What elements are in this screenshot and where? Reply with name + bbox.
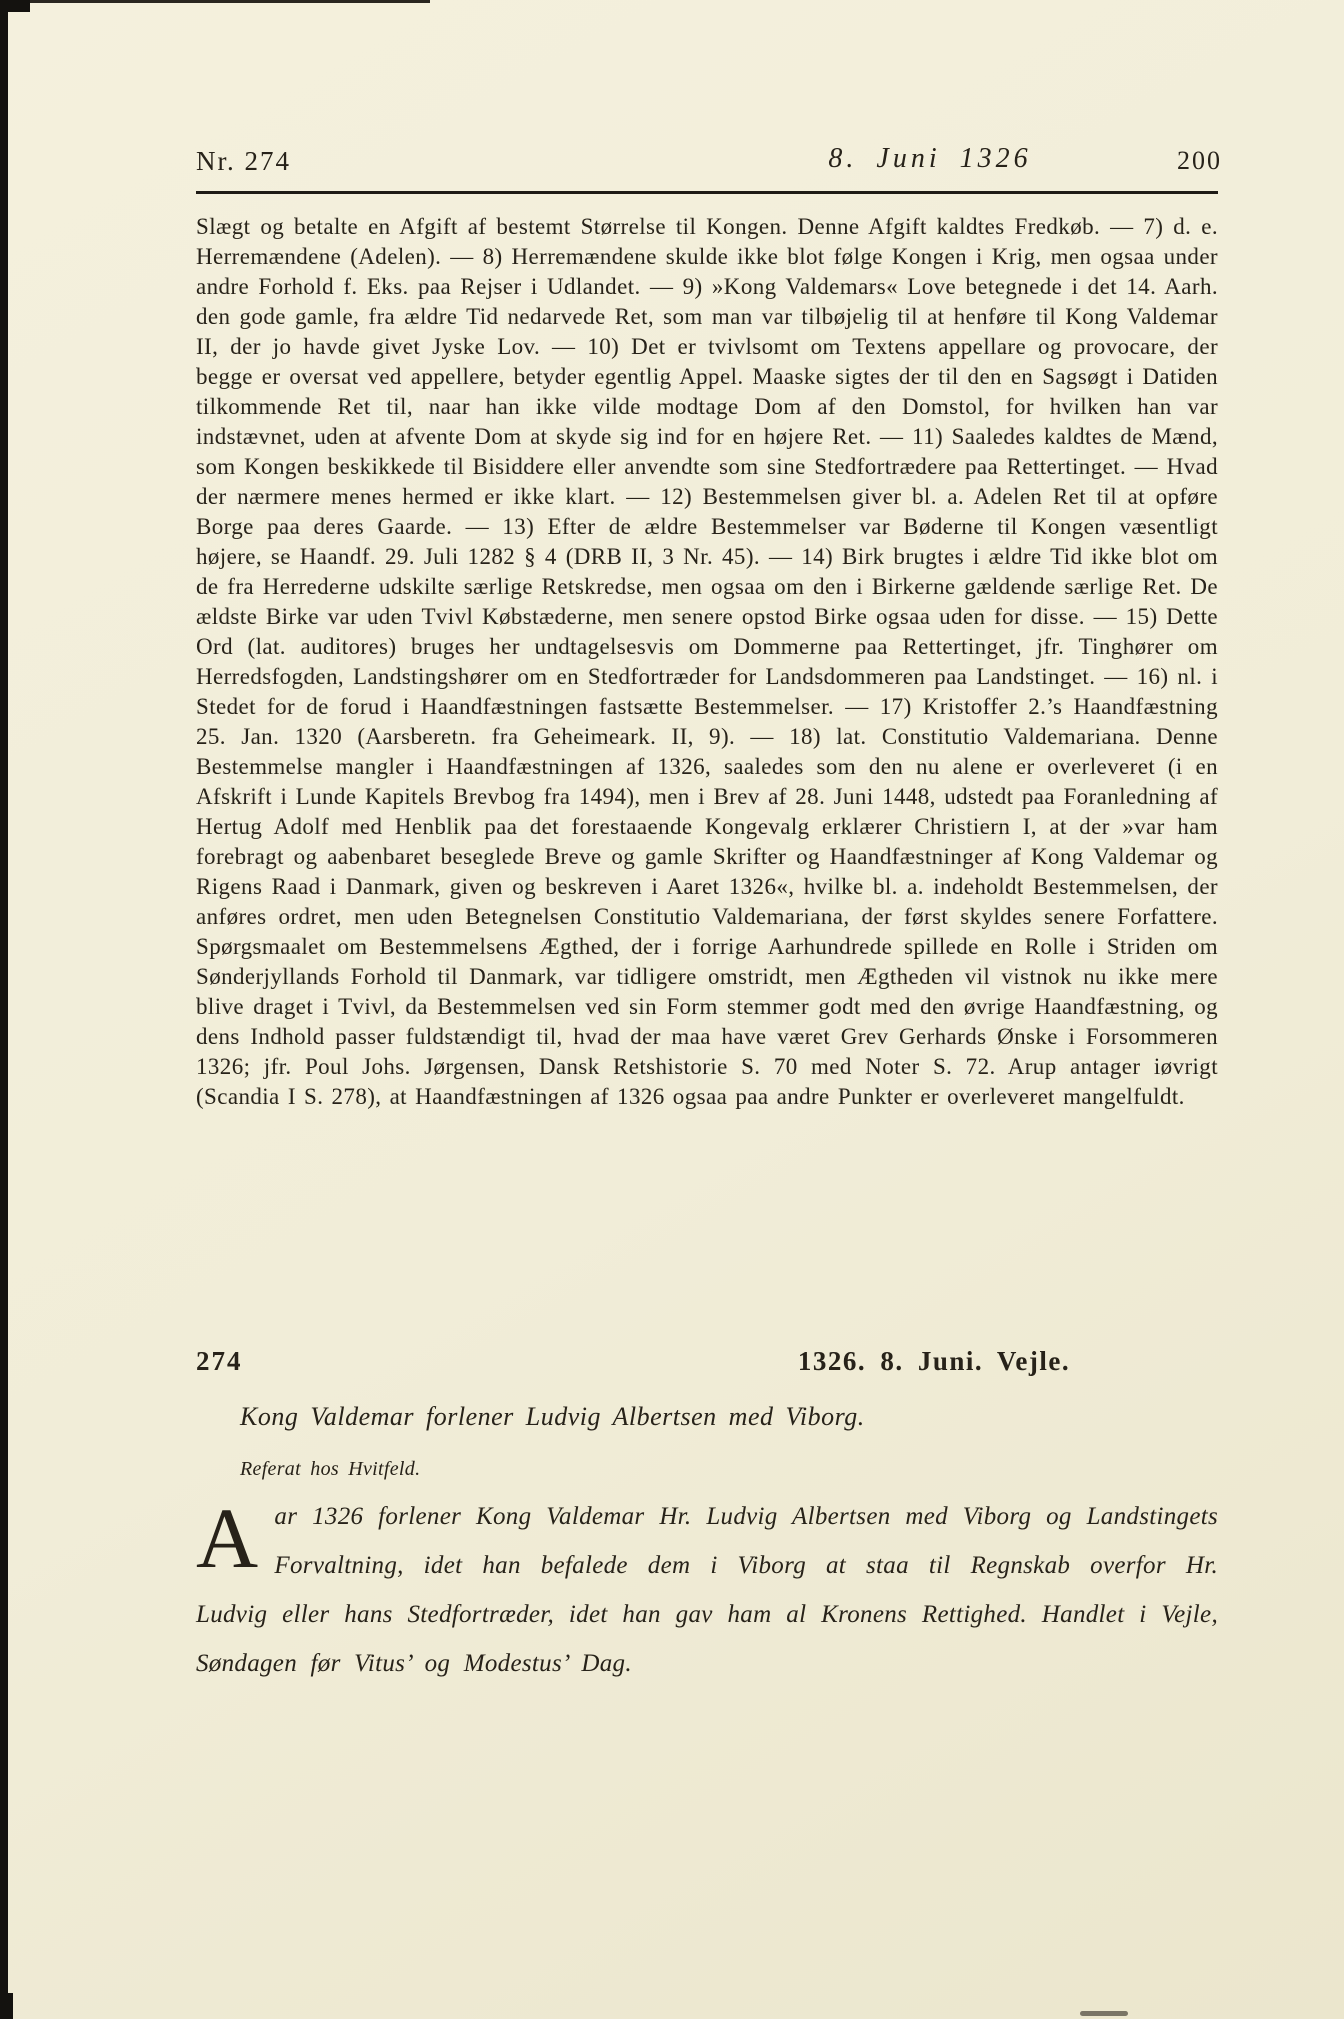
page-number: 200 (1177, 146, 1222, 176)
entry-body-text: ar 1326 forlener Kong Valdemar Hr. Ludvi… (196, 1503, 1218, 1677)
running-head-date: 8. Juni 1326 (828, 143, 1031, 175)
entry-dateline: 1326. 8. Juni. Vejle. (798, 1346, 1070, 1377)
entry-source-note: Referat hos Hvitfeld. (240, 1458, 420, 1481)
header-rule (196, 191, 1218, 194)
entry-title: Kong Valdemar forlener Ludvig Albertsen … (240, 1402, 865, 1432)
scan-mark-top-left (0, 0, 30, 12)
entry-body-paragraph: Aar 1326 forlener Kong Valdemar Hr. Ludv… (196, 1492, 1218, 1688)
scan-smudge-bottom (1080, 2011, 1128, 2016)
drop-cap-initial: A (196, 1492, 274, 1578)
scan-edge-top (0, 0, 430, 3)
scan-mark-bottom-left (0, 1993, 13, 2019)
scanned-book-page: Nr. 274 8. Juni 1326 200 Slægt og betalt… (0, 0, 1344, 2019)
running-head-number: Nr. 274 (196, 146, 291, 177)
scan-edge-left (0, 0, 8, 2019)
footnotes-paragraph: Slægt og betalte en Afgift af bestemt St… (196, 212, 1218, 1112)
entry-number: 274 (196, 1346, 243, 1377)
